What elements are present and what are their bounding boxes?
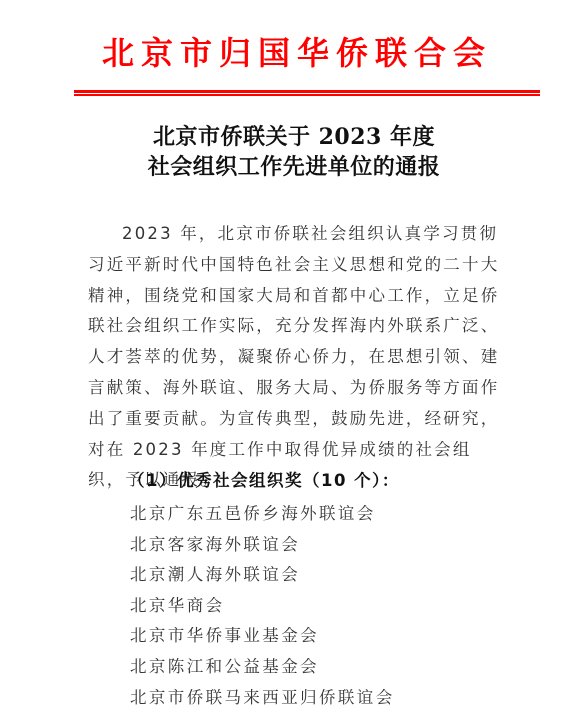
award-list-item: 北京潮人海外联谊会 (130, 560, 395, 591)
award-section-heading: （1）优秀社会组织奖（10 个）： (128, 467, 400, 495)
award-list: 北京广东五邑侨乡海外联谊会 北京客家海外联谊会 北京潮人海外联谊会 北京华商会 … (130, 499, 395, 712)
masthead-thick-rule (74, 90, 540, 93)
award-list-item: 北京客家海外联谊会 (130, 530, 395, 561)
award-list-item: 北京广东五邑侨乡海外联谊会 (130, 499, 395, 530)
masthead-org-name: 北京市归国华侨联合会 (0, 33, 588, 73)
award-list-item: 北京市侨联马来西亚归侨联谊会 (130, 683, 395, 712)
award-list-item: 北京市华侨事业基金会 (130, 621, 395, 652)
document-title-line1: 北京市侨联关于 2023 年度 (0, 122, 588, 152)
document-title-line2: 社会组织工作先进单位的通报 (0, 152, 588, 182)
masthead-thin-rule (74, 94, 540, 96)
award-list-item: 北京陈江和公益基金会 (130, 652, 395, 683)
award-list-item: 北京华商会 (130, 591, 395, 622)
document-body-paragraph: 2023 年，北京市侨联社会组织认真学习贯彻习近平新时代中国特色社会主义思想和党… (88, 219, 504, 496)
